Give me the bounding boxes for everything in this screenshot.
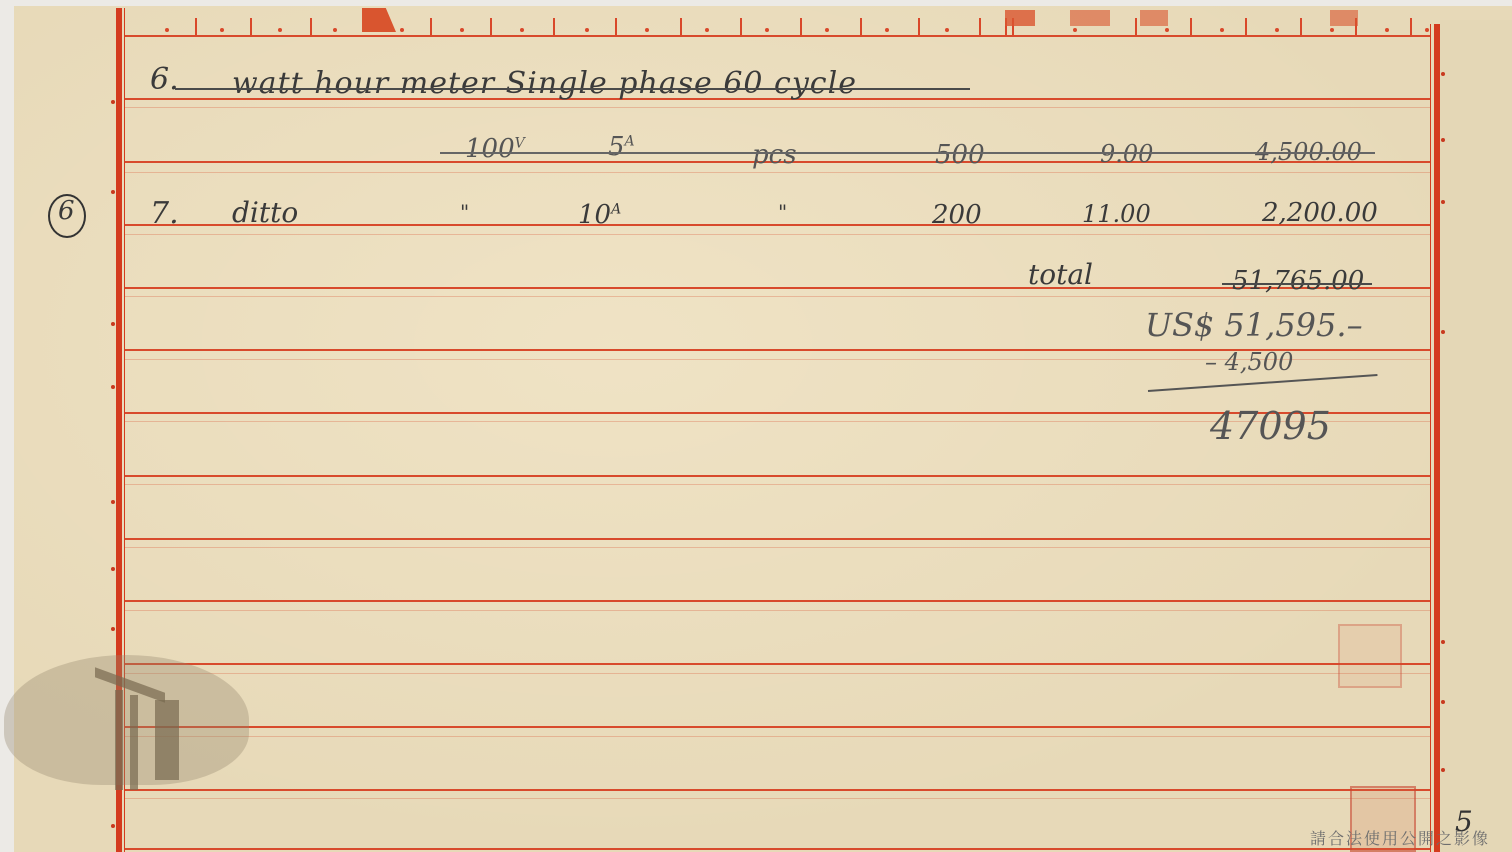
item-description: watt hour meter Single phase 60 cycle [232,66,857,101]
deduction: – 4,500 [1205,348,1293,376]
total-original: 51,765.00 [1232,266,1364,296]
header-print-fragment [1140,10,1168,26]
net-result: 47095 [1210,404,1331,448]
spec-voltage-ditto: " [460,200,469,224]
margin-circled-number-text: 6 [58,196,75,226]
spec-current: 5A [608,132,635,162]
unit-price: 11.00 [1082,200,1151,228]
spec-voltage: 100V [465,134,525,164]
total-revised: US$ 51,595.– [1145,306,1363,344]
usage-watermark: 請合法使用公開之影像 [1310,826,1490,849]
right-margin-rule-thin [1430,24,1431,852]
right-margin-rule [1434,24,1440,852]
header-print-fragment [1070,10,1110,26]
book-logo-icon [95,670,185,790]
item-description: ditto [232,196,298,229]
unit: pcs [752,140,797,170]
quantity: 200 [932,200,982,230]
strikethrough-line [175,88,970,90]
header-print-fragment [1005,10,1035,26]
spec-current: 10A [578,200,621,230]
strikethrough-line [1222,283,1372,285]
header-ruler [125,6,1432,36]
strikethrough-line [440,152,1375,154]
item-number: 7. [150,196,179,231]
total-label: total [1028,258,1093,291]
faded-seal-stamp [1338,624,1402,688]
item-number: 6. [150,62,179,97]
quantity: 500 [935,140,985,170]
unit-ditto: " [778,200,787,224]
unit-price: 9.00 [1100,140,1153,168]
header-print-fragment [1330,10,1358,26]
paper-right-edge [1440,20,1512,852]
amount: 2,200.00 [1262,198,1378,228]
